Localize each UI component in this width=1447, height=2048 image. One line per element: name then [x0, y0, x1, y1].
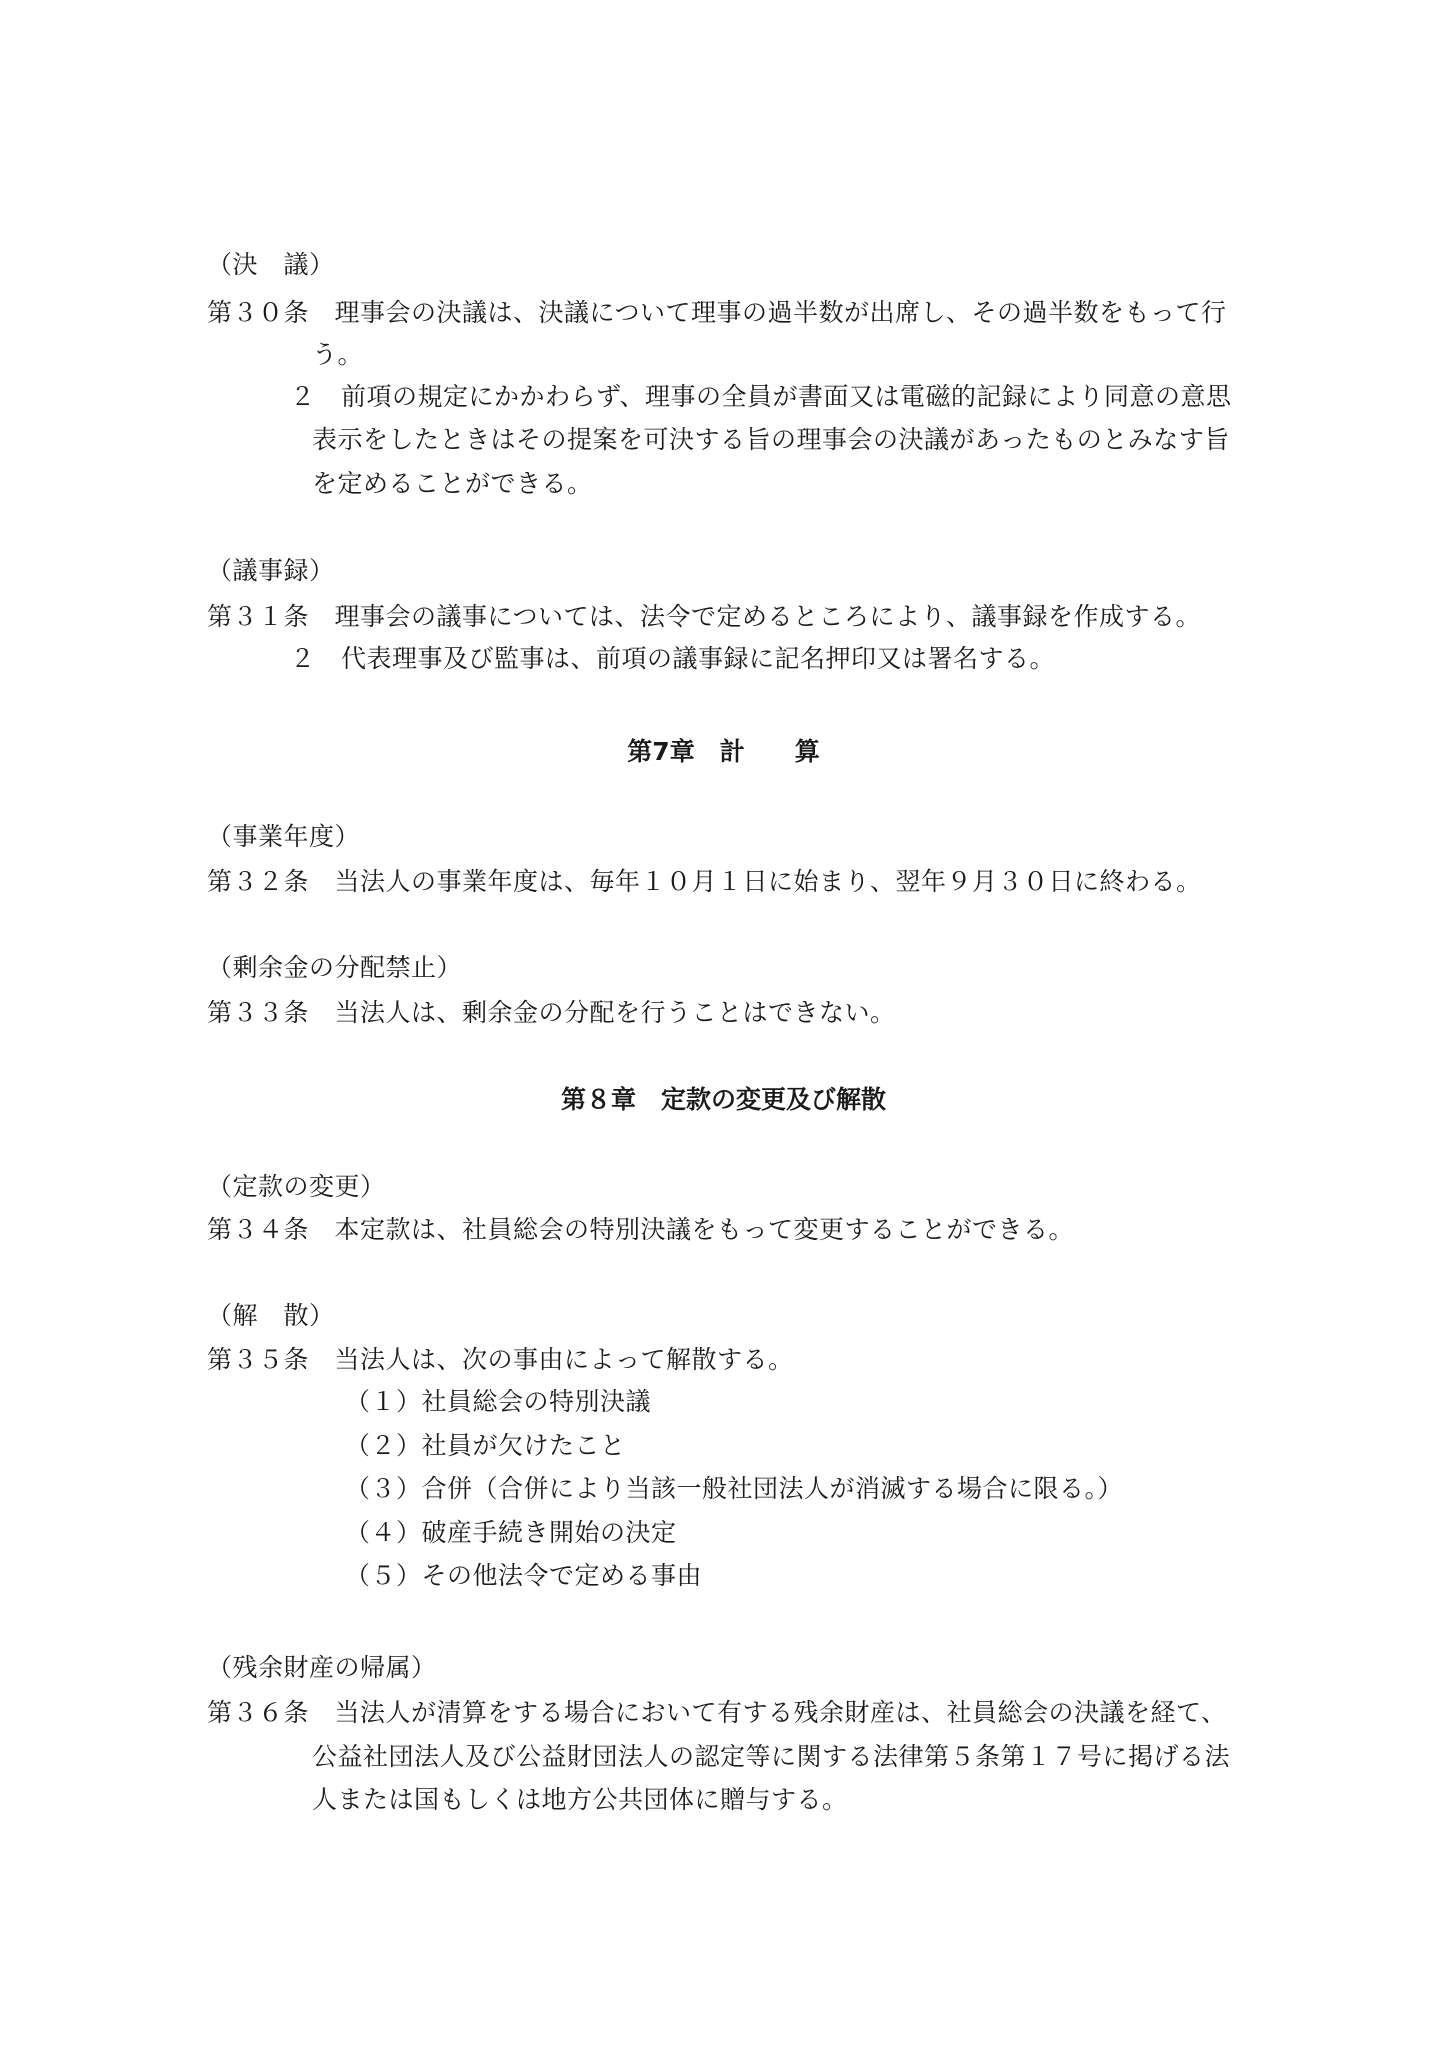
article-caption: （剰余金の分配禁止） — [207, 953, 462, 983]
article-30-paragraph-2-line-3: を定めることができる。 — [312, 469, 593, 499]
article-33-line-1: 第３３条 当法人は、剰余金の分配を行うことはできない。 — [207, 998, 896, 1028]
list-item: （２）社員が欠けたこと — [345, 1431, 626, 1461]
article-36-line-2: 公益社団法人及び公益財団法人の認定等に関する法律第５条第１７号に掲げる法 — [312, 1742, 1230, 1772]
document-page: （決 議） 第３０条 理事会の決議は、決議について理事の過半数が出席し、その過半… — [0, 0, 1447, 2048]
article-34-line-1: 第３４条 本定款は、社員総会の特別決議をもって変更することができる。 — [207, 1215, 1074, 1245]
article-36-line-1: 第３６条 当法人が清算をする場合において有する残余財産は、社員総会の決議を経て、 — [207, 1698, 1227, 1728]
article-35-line-1: 第３５条 当法人は、次の事由によって解散する。 — [207, 1345, 794, 1375]
article-30-paragraph-2-line-1: ２ 前項の規定にかかわらず、理事の全員が書面又は電磁的記録により同意の意思 — [290, 382, 1232, 412]
article-30-line-1: 第３０条 理事会の決議は、決議について理事の過半数が出席し、その過半数をもって行 — [207, 298, 1227, 328]
article-caption: （事業年度） — [207, 822, 360, 852]
article-caption: （定款の変更） — [207, 1172, 386, 1202]
list-item: （４）破産手続き開始の決定 — [345, 1518, 677, 1548]
article-36-line-3: 人または国もしくは地方公共団体に贈与する。 — [312, 1785, 848, 1815]
article-caption: （残余財産の帰属） — [207, 1653, 437, 1683]
chapter-7-heading: 第7章 計 算 — [0, 737, 1447, 767]
list-item: （５）その他法令で定める事由 — [345, 1561, 702, 1591]
article-32-line-1: 第３２条 当法人の事業年度は、毎年１０月１日に始まり、翌年９月３０日に終わる。 — [207, 867, 1202, 897]
article-caption: （議事録） — [207, 556, 335, 586]
article-30-line-2: う。 — [312, 340, 363, 370]
article-31-paragraph-2-line-1: ２ 代表理事及び監事は、前項の議事録に記名押印又は署名する。 — [290, 644, 1055, 674]
list-item: （３）合併（合併により当該一般社団法人が消滅する場合に限る。） — [345, 1474, 1123, 1504]
list-item: （１）社員総会の特別決議 — [345, 1387, 651, 1417]
article-caption: （解 散） — [207, 1301, 335, 1331]
chapter-8-heading: 第８章 定款の変更及び解散 — [0, 1085, 1447, 1115]
article-30-paragraph-2-line-2: 表示をしたときはその提案を可決する旨の理事会の決議があったものとみなす旨 — [312, 425, 1230, 455]
article-31-line-1: 第３１条 理事会の議事については、法令で定めるところにより、議事録を作成する。 — [207, 602, 1201, 632]
article-caption: （決 議） — [207, 250, 335, 280]
